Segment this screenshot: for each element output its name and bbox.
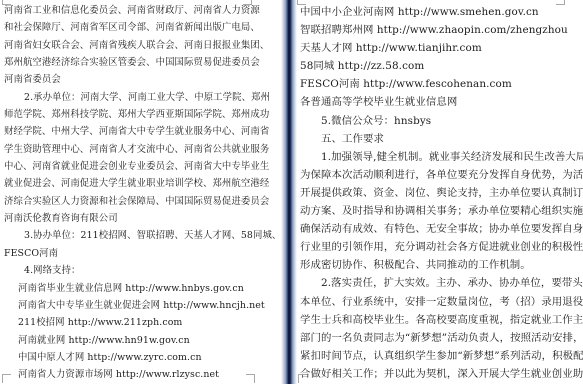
text-line: 河南沃伦教育咨询有限公司	[4, 210, 278, 227]
text-line: FESCO河南 http://www.fescohenan.com	[300, 75, 583, 93]
text-line: 1.加强领导,健全机制。就业事关经济发展和民生改善大局。	[300, 148, 583, 166]
crop-mark-top-right-page-left	[243, 0, 252, 5]
crop-mark-top-left-page-left	[2, 0, 11, 5]
text-line: 4.网络支持：	[4, 262, 278, 279]
text-line: 紧扣时间节点，认真组织学生参加“新梦想”系列活动，积极配	[300, 347, 583, 365]
page-gap-divider	[281, 0, 297, 384]
text-line: 2.承办单位：河南大学、河南工业大学、中原工学院、郑州	[4, 89, 278, 106]
text-line: 学生资助管理中心、河南省人才交流中心、河南省公共就业服务	[4, 141, 278, 158]
document-page-right[interactable]: 中国中小企业河南网 http://www.smehen.gov.cn智联招聘郑州…	[300, 3, 583, 383]
text-line: 师范学院、郑州科技学院、郑州大学西亚斯国际学院、郑州成功	[4, 106, 278, 123]
crop-mark-top-left-page-right	[297, 0, 306, 5]
document-canvas: 河南省工业和信息化委员会、河南省财政厅、河南省人力资源和社会保障厅、河南省军区司…	[0, 0, 583, 384]
text-line: 2.落实责任，扩大实效。主办、承办、协办单位，要带头从	[300, 274, 583, 292]
text-line: 3.协办单位：211校招网、智联招聘、天基人才网、58同城、	[4, 227, 278, 244]
text-line: 各普通高等学校毕业生就业信息网	[300, 93, 583, 111]
crop-mark-top-right-page-right	[556, 0, 565, 5]
text-line: 河南省毕业生就业信息网 http://www.hnbys.gov.cn	[4, 280, 278, 297]
text-line: 河南省人力资源市场网 http://www.rlzysc.net	[4, 366, 278, 383]
text-line: 行业里的引领作用，充分调动社会各方促进就业创业的积极性，	[300, 238, 583, 256]
text-line: 天基人才网 http://www.tianjihr.com	[300, 39, 583, 57]
text-line: 河南就业网 http://www.hn91w.gov.cn	[4, 332, 278, 349]
crop-mark-bottom-left-page-right	[298, 374, 307, 383]
text-line: FESCO河南	[4, 245, 278, 262]
document-page-left[interactable]: 河南省工业和信息化委员会、河南省财政厅、河南省人力资源和社会保障厅、河南省军区司…	[4, 2, 278, 384]
text-line: 5.微信公众号：hnsbys	[300, 112, 583, 130]
text-line: 动方案、及时指导和协调相关事务；承办单位要精心组织实施，	[300, 202, 583, 220]
text-line: 211校招网 http://www.211zph.com	[4, 314, 278, 331]
text-line: 为保障本次活动顺利进行，各单位要充分发挥自身优势，为活动	[300, 166, 583, 184]
text-line: 智联招聘郑州网 http://www.zhaopin.com/zhengzhou	[300, 21, 583, 39]
text-line: 河南省委员会	[4, 71, 278, 88]
text-line: 河南省大中专毕业生就业促进会网 http://www.hncjh.net	[4, 297, 278, 314]
text-line: 河南省工业和信息化委员会、河南省财政厅、河南省人力资源	[4, 2, 278, 19]
text-line: 和社会保障厅、河南省军区司令部、河南省新闻出版广电局、	[4, 19, 278, 36]
text-line: 中国中原人才网 http://www.zyrc.com.cn	[4, 349, 278, 366]
text-line: 中国中小企业河南网 http://www.smehen.gov.cn	[300, 3, 583, 21]
text-line: 本单位、行业系统中，安排一定数量岗位，考（招）录用退役大	[300, 293, 583, 311]
text-line: 形成密切协作、积极配合、共同推动的工作机制。	[300, 256, 583, 274]
text-line: 学生士兵和高校毕业生。各高校要高度重视，指定就业工作主管	[300, 311, 583, 329]
text-line: 58同城 http://zz.58.com	[300, 57, 583, 75]
crop-mark-bottom-left-page-left	[2, 374, 11, 383]
text-line: 确保活动有成效、有特色、无安全事故；协办单位要发挥自身在	[300, 220, 583, 238]
text-line: 五、工作要求	[300, 130, 583, 148]
text-line: 财经学院、中州大学、河南省大中专学生就业服务中心、河南省	[4, 123, 278, 140]
text-line: 中心、河南省就业促进会创业专业委员会、河南省大中专毕业生	[4, 158, 278, 175]
text-line: 济综合实验区人力资源和社会保障局、中国国际贸易促进委员会	[4, 193, 278, 210]
text-line: 合做好相关工作；并以此为契机，深入开展大学生就业创业助力	[300, 365, 583, 383]
text-line: 郑州航空港经济综合实验区管委会、中国国际贸易促进委员会	[4, 54, 278, 71]
text-line: 开展提供政策、资金、岗位、舆论支持，主办单位要认真制订活	[300, 184, 583, 202]
text-line: 河南省妇女联合会、河南省残疾人联合会、河南日报报业集团、	[4, 37, 278, 54]
crop-mark-bottom-right-page-left	[246, 374, 255, 383]
text-line: 就业促进会、河南促进大学生就业职业培训学校、郑州航空港经	[4, 175, 278, 192]
text-line: 部门的一名负责同志为“新梦想”活动负责人，按照活动安排，	[300, 329, 583, 347]
